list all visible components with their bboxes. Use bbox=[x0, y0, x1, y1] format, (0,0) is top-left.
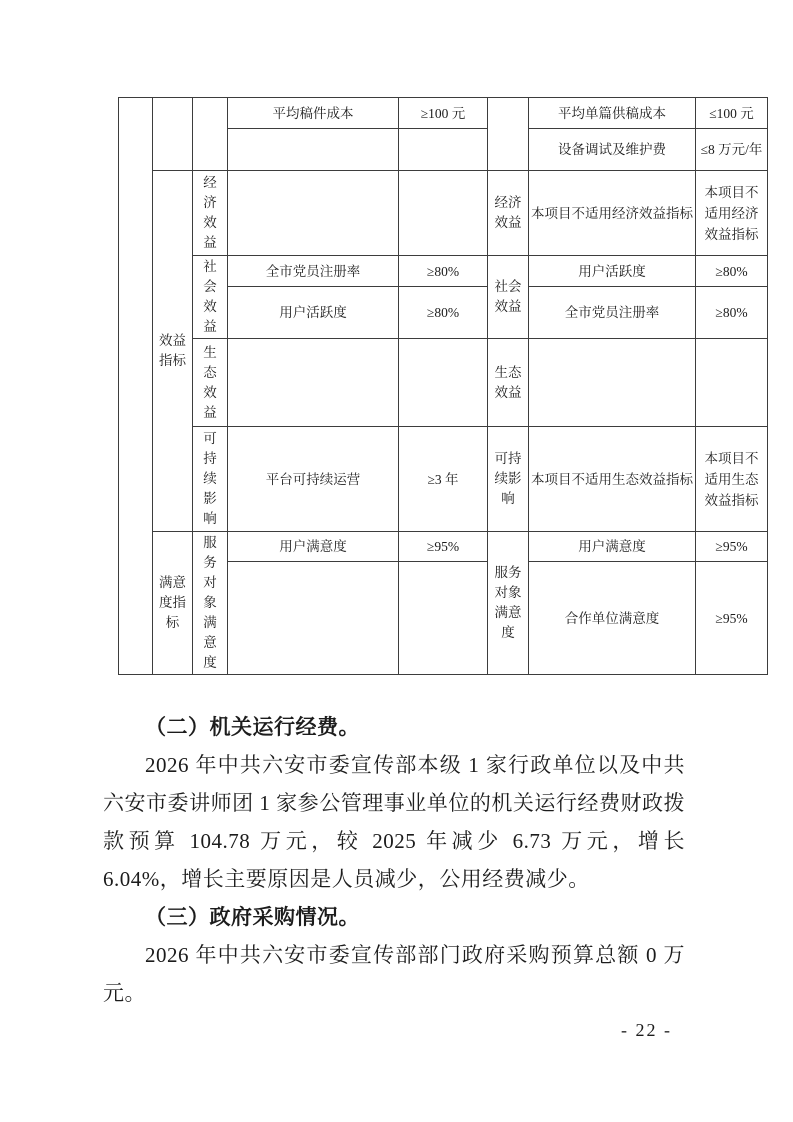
cell-indicator-name: 全市党员注册率 bbox=[228, 256, 399, 287]
table-row: 可持续影响 平台可持续运营 ≥3 年 可持续影响 本项目不适用生态效益指标 本项… bbox=[119, 427, 768, 532]
cell-dimension-ecological-benefit: 生态效益 bbox=[193, 339, 228, 427]
cell-indicator-target: ≤8 万元/年 bbox=[696, 129, 768, 171]
table-row: 社会效益 全市党员注册率 ≥80% 社会效益 用户活跃度 ≥80% bbox=[119, 256, 768, 287]
section-heading-agency-operating-expense: （二）机关运行经费。 bbox=[103, 708, 685, 746]
cell-indicator-target bbox=[399, 171, 488, 256]
cell-indicator-name bbox=[228, 129, 399, 171]
cell-indicator-target bbox=[399, 339, 488, 427]
cell-indicator-name: 用户活跃度 bbox=[228, 287, 399, 339]
cell-indicator-name bbox=[228, 171, 399, 256]
cell-blank-left-column bbox=[119, 98, 153, 675]
cell-indicator-target: ≥95% bbox=[399, 532, 488, 562]
cell-indicator-name bbox=[529, 339, 696, 427]
cell-dimension-ecological-benefit-right: 生态效益 bbox=[488, 339, 529, 427]
cell-indicator-name: 用户满意度 bbox=[529, 532, 696, 562]
cell-indicator-name: 平台可持续运营 bbox=[228, 427, 399, 532]
section-heading-government-procurement: （三）政府采购情况。 bbox=[103, 898, 685, 936]
cell-indicator-name: 设备调试及维护费 bbox=[529, 129, 696, 171]
body-text-block: （二）机关运行经费。 2026 年中共六安市委宣传部本级 1 家行政单位以及中共… bbox=[103, 708, 685, 1012]
cell-indicator-name: 平均稿件成本 bbox=[228, 98, 399, 129]
table-row: 生态效益 生态效益 bbox=[119, 339, 768, 427]
cell-dimension-service-recipient-satisfaction-right: 服务对象满意度 bbox=[488, 532, 529, 675]
performance-indicator-table: 平均稿件成本 ≥100 元 平均单篇供稿成本 ≤100 元 设备调试及维护费 ≤… bbox=[118, 97, 768, 675]
cell-blank-category bbox=[153, 98, 193, 171]
cell-indicator-target: ≥100 元 bbox=[399, 98, 488, 129]
cell-indicator-name: 全市党员注册率 bbox=[529, 287, 696, 339]
cell-dimension-sustainability-right: 可持续影响 bbox=[488, 427, 529, 532]
table-row: 满意度指标 服务对象满意度 用户满意度 ≥95% 服务对象满意度 用户满意度 ≥… bbox=[119, 532, 768, 562]
cell-indicator-target: 本项目不适用生态效益指标 bbox=[696, 427, 768, 532]
cell-indicator-name: 用户活跃度 bbox=[529, 256, 696, 287]
table-row: 效益指标 经济效益 经济效益 本项目不适用经济效益指标 本项目不适用经济效益指标 bbox=[119, 171, 768, 256]
cell-indicator-target: 本项目不适用经济效益指标 bbox=[696, 171, 768, 256]
document-page: 平均稿件成本 ≥100 元 平均单篇供稿成本 ≤100 元 设备调试及维护费 ≤… bbox=[0, 0, 793, 1122]
cell-indicator-name: 本项目不适用经济效益指标 bbox=[529, 171, 696, 256]
cell-category-satisfaction-indicators: 满意度指标 bbox=[153, 532, 193, 675]
cell-indicator-target: ≥80% bbox=[696, 256, 768, 287]
cell-dimension-economic-benefit-right: 经济效益 bbox=[488, 171, 529, 256]
cell-indicator-target: ≥80% bbox=[696, 287, 768, 339]
cell-indicator-name: 用户满意度 bbox=[228, 532, 399, 562]
cell-indicator-name bbox=[228, 562, 399, 675]
cell-indicator-target: ≥80% bbox=[399, 287, 488, 339]
cell-indicator-target: ≥3 年 bbox=[399, 427, 488, 532]
page-number: - 22 - bbox=[118, 1020, 672, 1041]
cell-indicator-name bbox=[228, 339, 399, 427]
cell-category-benefit-indicators: 效益指标 bbox=[153, 171, 193, 532]
cell-indicator-target: ≥95% bbox=[696, 562, 768, 675]
cell-dimension-social-benefit: 社会效益 bbox=[193, 256, 228, 339]
cell-indicator-target: ≤100 元 bbox=[696, 98, 768, 129]
body-paragraph-operating-expense: 2026 年中共六安市委宣传部本级 1 家行政单位以及中共六安市委讲师团 1 家… bbox=[103, 746, 685, 898]
cell-blank-dimension-right bbox=[488, 98, 529, 171]
cell-dimension-sustainability: 可持续影响 bbox=[193, 427, 228, 532]
cell-dimension-economic-benefit: 经济效益 bbox=[193, 171, 228, 256]
cell-dimension-service-recipient-satisfaction: 服务对象满意度 bbox=[193, 532, 228, 675]
cell-dimension-social-benefit-right: 社会效益 bbox=[488, 256, 529, 339]
cell-indicator-name: 本项目不适用生态效益指标 bbox=[529, 427, 696, 532]
cell-indicator-target bbox=[696, 339, 768, 427]
cell-indicator-name: 平均单篇供稿成本 bbox=[529, 98, 696, 129]
cell-indicator-target: ≥95% bbox=[696, 532, 768, 562]
cell-indicator-target bbox=[399, 129, 488, 171]
cell-blank-dimension bbox=[193, 98, 228, 171]
body-paragraph-procurement: 2026 年中共六安市委宣传部部门政府采购预算总额 0 万元。 bbox=[103, 936, 685, 1012]
cell-indicator-target: ≥80% bbox=[399, 256, 488, 287]
cell-indicator-name: 合作单位满意度 bbox=[529, 562, 696, 675]
cell-indicator-target bbox=[399, 562, 488, 675]
table-row: 平均稿件成本 ≥100 元 平均单篇供稿成本 ≤100 元 bbox=[119, 98, 768, 129]
